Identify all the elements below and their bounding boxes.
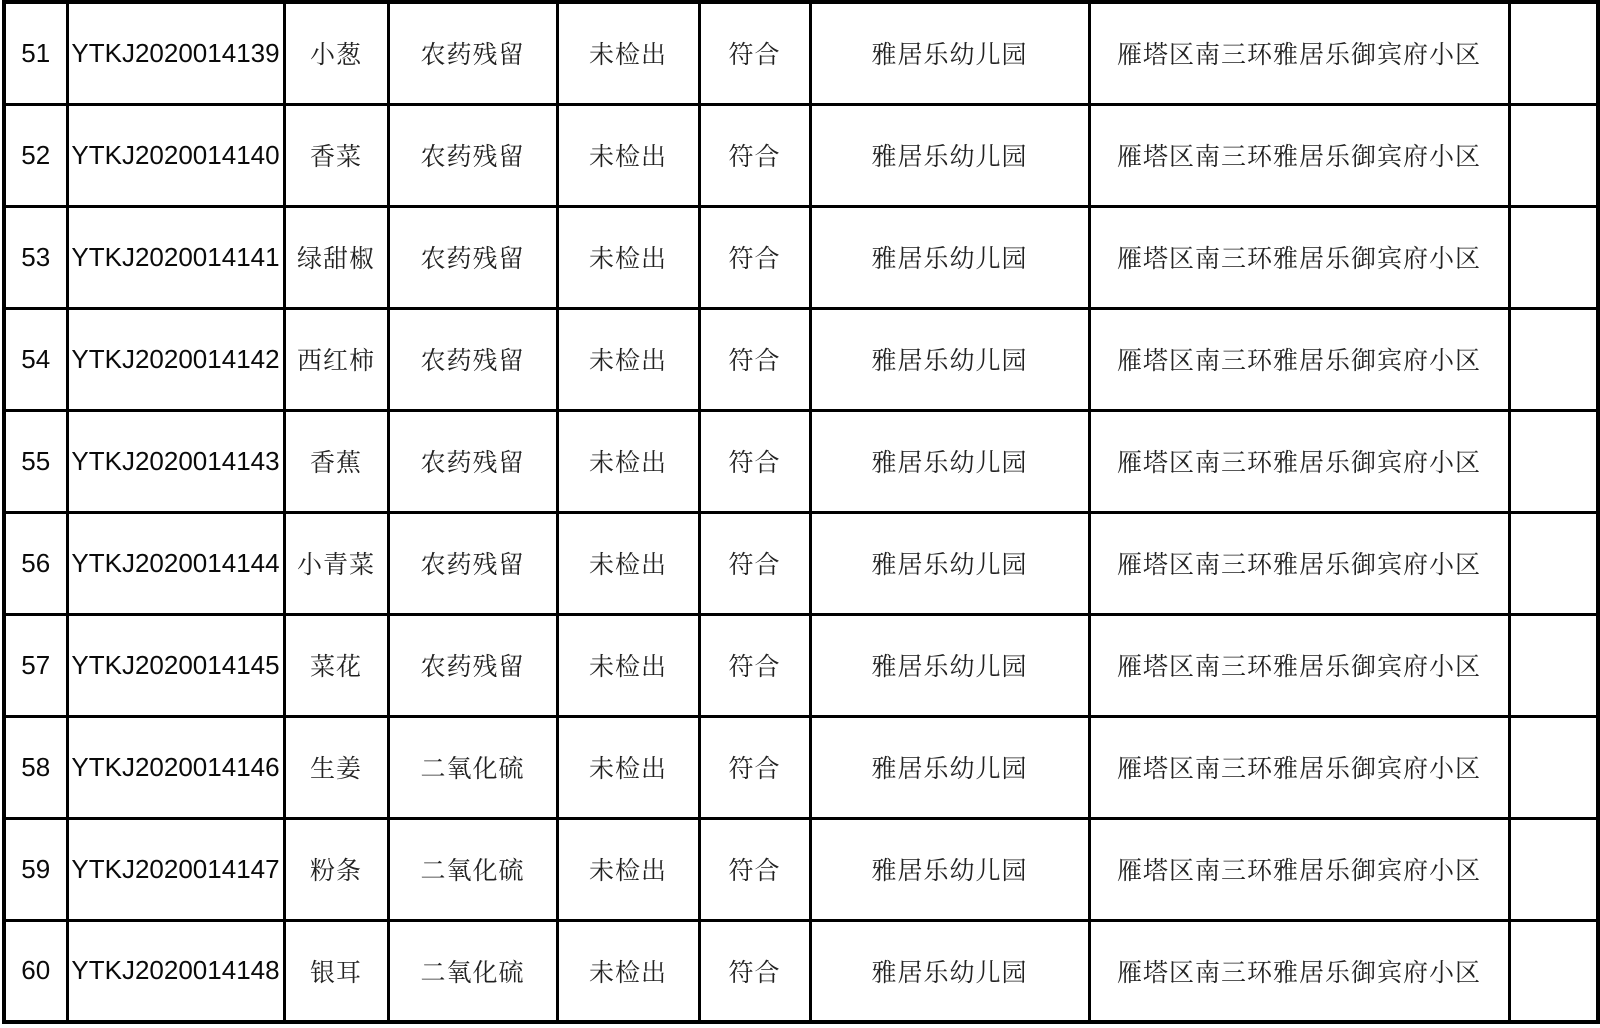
cell-sample-id: YTKJ2020014147 xyxy=(67,818,284,920)
table-row: 52YTKJ2020014140香菜农药残留未检出符合雅居乐幼儿园雁塔区南三环雅… xyxy=(4,104,1598,206)
table-row: 51YTKJ2020014139小葱农药残留未检出符合雅居乐幼儿园雁塔区南三环雅… xyxy=(4,2,1598,104)
cell-conclusion: 符合 xyxy=(699,2,810,104)
cell-conclusion: 符合 xyxy=(699,512,810,614)
cell-sampling-address: 雁塔区南三环雅居乐御宾府小区 xyxy=(1089,920,1509,1022)
cell-sampling-address: 雁塔区南三环雅居乐御宾府小区 xyxy=(1089,410,1509,512)
cell-conclusion: 符合 xyxy=(699,410,810,512)
document-page: 51YTKJ2020014139小葱农药残留未检出符合雅居乐幼儿园雁塔区南三环雅… xyxy=(0,0,1600,1028)
table-row: 55YTKJ2020014143香蕉农药残留未检出符合雅居乐幼儿园雁塔区南三环雅… xyxy=(4,410,1598,512)
cell-row-number: 60 xyxy=(4,920,67,1022)
cell-test-item: 农药残留 xyxy=(388,614,557,716)
cell-remark xyxy=(1509,2,1598,104)
cell-sample-id: YTKJ2020014146 xyxy=(67,716,284,818)
cell-sampling-address: 雁塔区南三环雅居乐御宾府小区 xyxy=(1089,512,1509,614)
cell-test-item: 农药残留 xyxy=(388,512,557,614)
cell-sampling-address: 雁塔区南三环雅居乐御宾府小区 xyxy=(1089,818,1509,920)
cell-sample-name: 银耳 xyxy=(284,920,388,1022)
table-row: 53YTKJ2020014141绿甜椒农药残留未检出符合雅居乐幼儿园雁塔区南三环… xyxy=(4,206,1598,308)
cell-test-result: 未检出 xyxy=(557,104,699,206)
cell-row-number: 53 xyxy=(4,206,67,308)
cell-row-number: 57 xyxy=(4,614,67,716)
cell-sample-name: 香蕉 xyxy=(284,410,388,512)
cell-sample-name: 生姜 xyxy=(284,716,388,818)
cell-sampling-address: 雁塔区南三环雅居乐御宾府小区 xyxy=(1089,104,1509,206)
cell-conclusion: 符合 xyxy=(699,920,810,1022)
cell-conclusion: 符合 xyxy=(699,614,810,716)
cell-sample-name: 绿甜椒 xyxy=(284,206,388,308)
cell-sampling-address: 雁塔区南三环雅居乐御宾府小区 xyxy=(1089,308,1509,410)
cell-test-result: 未检出 xyxy=(557,512,699,614)
cell-conclusion: 符合 xyxy=(699,104,810,206)
cell-row-number: 58 xyxy=(4,716,67,818)
cell-sample-name: 菜花 xyxy=(284,614,388,716)
cell-sample-name: 粉条 xyxy=(284,818,388,920)
cell-row-number: 59 xyxy=(4,818,67,920)
cell-sample-id: YTKJ2020014148 xyxy=(67,920,284,1022)
cell-sampled-unit: 雅居乐幼儿园 xyxy=(810,716,1089,818)
cell-conclusion: 符合 xyxy=(699,308,810,410)
cell-test-result: 未检出 xyxy=(557,308,699,410)
cell-test-result: 未检出 xyxy=(557,614,699,716)
cell-remark xyxy=(1509,818,1598,920)
cell-remark xyxy=(1509,920,1598,1022)
cell-remark xyxy=(1509,206,1598,308)
table-row: 54YTKJ2020014142西红柿农药残留未检出符合雅居乐幼儿园雁塔区南三环… xyxy=(4,308,1598,410)
cell-sample-id: YTKJ2020014141 xyxy=(67,206,284,308)
cell-row-number: 52 xyxy=(4,104,67,206)
cell-test-item: 农药残留 xyxy=(388,410,557,512)
cell-test-result: 未检出 xyxy=(557,410,699,512)
cell-test-item: 农药残留 xyxy=(388,2,557,104)
cell-test-result: 未检出 xyxy=(557,206,699,308)
cell-sampled-unit: 雅居乐幼儿园 xyxy=(810,104,1089,206)
table-row: 57YTKJ2020014145菜花农药残留未检出符合雅居乐幼儿园雁塔区南三环雅… xyxy=(4,614,1598,716)
cell-test-result: 未检出 xyxy=(557,2,699,104)
cell-row-number: 51 xyxy=(4,2,67,104)
cell-sampled-unit: 雅居乐幼儿园 xyxy=(810,410,1089,512)
cell-sample-id: YTKJ2020014145 xyxy=(67,614,284,716)
cell-row-number: 56 xyxy=(4,512,67,614)
cell-test-item: 二氧化硫 xyxy=(388,920,557,1022)
cell-sampling-address: 雁塔区南三环雅居乐御宾府小区 xyxy=(1089,206,1509,308)
cell-sampling-address: 雁塔区南三环雅居乐御宾府小区 xyxy=(1089,2,1509,104)
cell-sampling-address: 雁塔区南三环雅居乐御宾府小区 xyxy=(1089,614,1509,716)
cell-test-item: 二氧化硫 xyxy=(388,716,557,818)
cell-sampled-unit: 雅居乐幼儿园 xyxy=(810,614,1089,716)
cell-test-item: 农药残留 xyxy=(388,104,557,206)
cell-sampled-unit: 雅居乐幼儿园 xyxy=(810,308,1089,410)
cell-conclusion: 符合 xyxy=(699,818,810,920)
cell-sample-id: YTKJ2020014139 xyxy=(67,2,284,104)
cell-remark xyxy=(1509,104,1598,206)
table-row: 59YTKJ2020014147粉条二氧化硫未检出符合雅居乐幼儿园雁塔区南三环雅… xyxy=(4,818,1598,920)
cell-remark xyxy=(1509,410,1598,512)
cell-sample-id: YTKJ2020014142 xyxy=(67,308,284,410)
table-row: 60YTKJ2020014148银耳二氧化硫未检出符合雅居乐幼儿园雁塔区南三环雅… xyxy=(4,920,1598,1022)
cell-test-item: 农药残留 xyxy=(388,206,557,308)
cell-sampled-unit: 雅居乐幼儿园 xyxy=(810,818,1089,920)
cell-sample-id: YTKJ2020014140 xyxy=(67,104,284,206)
cell-test-result: 未检出 xyxy=(557,716,699,818)
cell-sampled-unit: 雅居乐幼儿园 xyxy=(810,512,1089,614)
cell-sample-name: 小青菜 xyxy=(284,512,388,614)
cell-test-result: 未检出 xyxy=(557,818,699,920)
table-row: 56YTKJ2020014144小青菜农药残留未检出符合雅居乐幼儿园雁塔区南三环… xyxy=(4,512,1598,614)
cell-remark xyxy=(1509,512,1598,614)
cell-sample-name: 香菜 xyxy=(284,104,388,206)
cell-sample-name: 小葱 xyxy=(284,2,388,104)
cell-row-number: 54 xyxy=(4,308,67,410)
table-row: 58YTKJ2020014146生姜二氧化硫未检出符合雅居乐幼儿园雁塔区南三环雅… xyxy=(4,716,1598,818)
cell-test-item: 二氧化硫 xyxy=(388,818,557,920)
cell-sampled-unit: 雅居乐幼儿园 xyxy=(810,2,1089,104)
table-body: 51YTKJ2020014139小葱农药残留未检出符合雅居乐幼儿园雁塔区南三环雅… xyxy=(4,2,1598,1022)
cell-remark xyxy=(1509,716,1598,818)
cell-remark xyxy=(1509,308,1598,410)
cell-sampled-unit: 雅居乐幼儿园 xyxy=(810,206,1089,308)
cell-test-item: 农药残留 xyxy=(388,308,557,410)
cell-sample-id: YTKJ2020014144 xyxy=(67,512,284,614)
food-inspection-table: 51YTKJ2020014139小葱农药残留未检出符合雅居乐幼儿园雁塔区南三环雅… xyxy=(2,0,1600,1024)
cell-sampled-unit: 雅居乐幼儿园 xyxy=(810,920,1089,1022)
cell-sample-id: YTKJ2020014143 xyxy=(67,410,284,512)
cell-sample-name: 西红柿 xyxy=(284,308,388,410)
cell-row-number: 55 xyxy=(4,410,67,512)
cell-sampling-address: 雁塔区南三环雅居乐御宾府小区 xyxy=(1089,716,1509,818)
cell-test-result: 未检出 xyxy=(557,920,699,1022)
cell-conclusion: 符合 xyxy=(699,716,810,818)
cell-remark xyxy=(1509,614,1598,716)
cell-conclusion: 符合 xyxy=(699,206,810,308)
